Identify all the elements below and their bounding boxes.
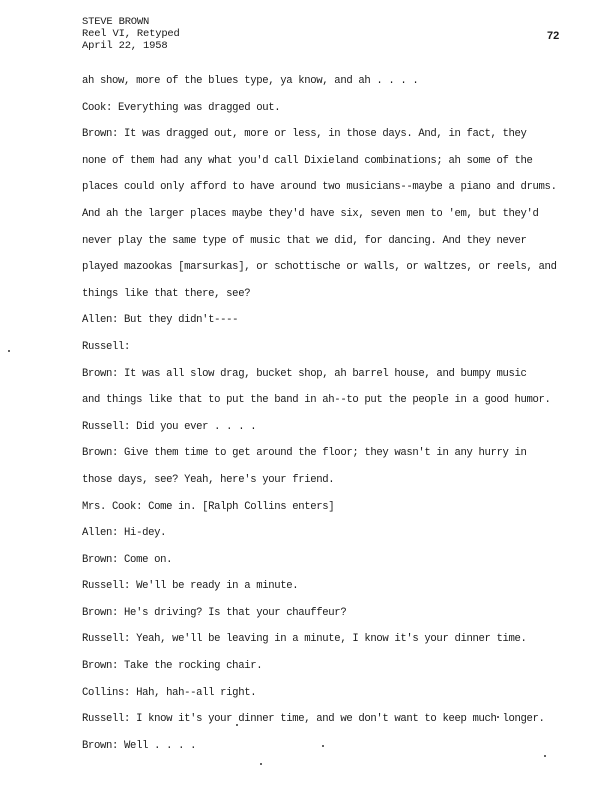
- transcript-line: things like that there, see?: [82, 287, 582, 314]
- transcript-line: none of them had any what you'd call Dix…: [82, 154, 582, 181]
- transcript-line: Allen: Hi-dey.: [82, 526, 582, 553]
- transcript-line: Mrs. Cook: Come in. [Ralph Collins enter…: [82, 500, 582, 527]
- transcript-line: Russell: I know it's your dinner time, a…: [82, 712, 582, 739]
- scan-speck: [260, 763, 262, 765]
- transcript-line: Collins: Hah, hah--all right.: [82, 686, 582, 713]
- scan-speck: [322, 745, 324, 747]
- transcript-line: And ah the larger places maybe they'd ha…: [82, 207, 582, 234]
- transcript-line: played mazookas [marsurkas], or schottis…: [82, 260, 582, 287]
- transcript-line: Brown: It was dragged out, more or less,…: [82, 127, 582, 154]
- interviewee-name: STEVE BROWN: [82, 16, 180, 28]
- reel-label: Reel VI, Retyped: [82, 28, 180, 40]
- scan-speck: [236, 724, 238, 726]
- transcript-line: places could only afford to have around …: [82, 180, 582, 207]
- scan-speck: [8, 350, 10, 352]
- transcript-line: Allen: But they didn't----: [82, 313, 582, 340]
- scan-speck: [544, 755, 546, 757]
- transcript-line: Russell: We'll be ready in a minute.: [82, 579, 582, 606]
- transcript-line: Cook: Everything was dragged out.: [82, 101, 582, 128]
- transcript-line: Russell: Yeah, we'll be leaving in a min…: [82, 632, 582, 659]
- transcript-line: ah show, more of the blues type, ya know…: [82, 74, 582, 101]
- transcript-line: Brown: Take the rocking chair.: [82, 659, 582, 686]
- transcript-line: Brown: Give them time to get around the …: [82, 446, 582, 473]
- page-number: 72: [547, 30, 559, 42]
- transcript-line: Russell:: [82, 340, 582, 367]
- interview-date: April 22, 1958: [82, 40, 180, 52]
- transcript-line: Brown: Well . . . .: [82, 739, 582, 766]
- transcript-line: Brown: Come on.: [82, 553, 582, 580]
- transcript-line: Brown: It was all slow drag, bucket shop…: [82, 367, 582, 394]
- transcript-body: ah show, more of the blues type, ya know…: [82, 74, 582, 765]
- transcript-line: Russell: Did you ever . . . .: [82, 420, 582, 447]
- transcript-line: Brown: He's driving? Is that your chauff…: [82, 606, 582, 633]
- document-page: STEVE BROWN Reel VI, Retyped April 22, 1…: [0, 0, 612, 792]
- transcript-line: those days, see? Yeah, here's your frien…: [82, 473, 582, 500]
- document-header: STEVE BROWN Reel VI, Retyped April 22, 1…: [82, 16, 180, 52]
- transcript-line: and things like that to put the band in …: [82, 393, 582, 420]
- transcript-line: never play the same type of music that w…: [82, 234, 582, 261]
- scan-speck: [497, 716, 499, 718]
